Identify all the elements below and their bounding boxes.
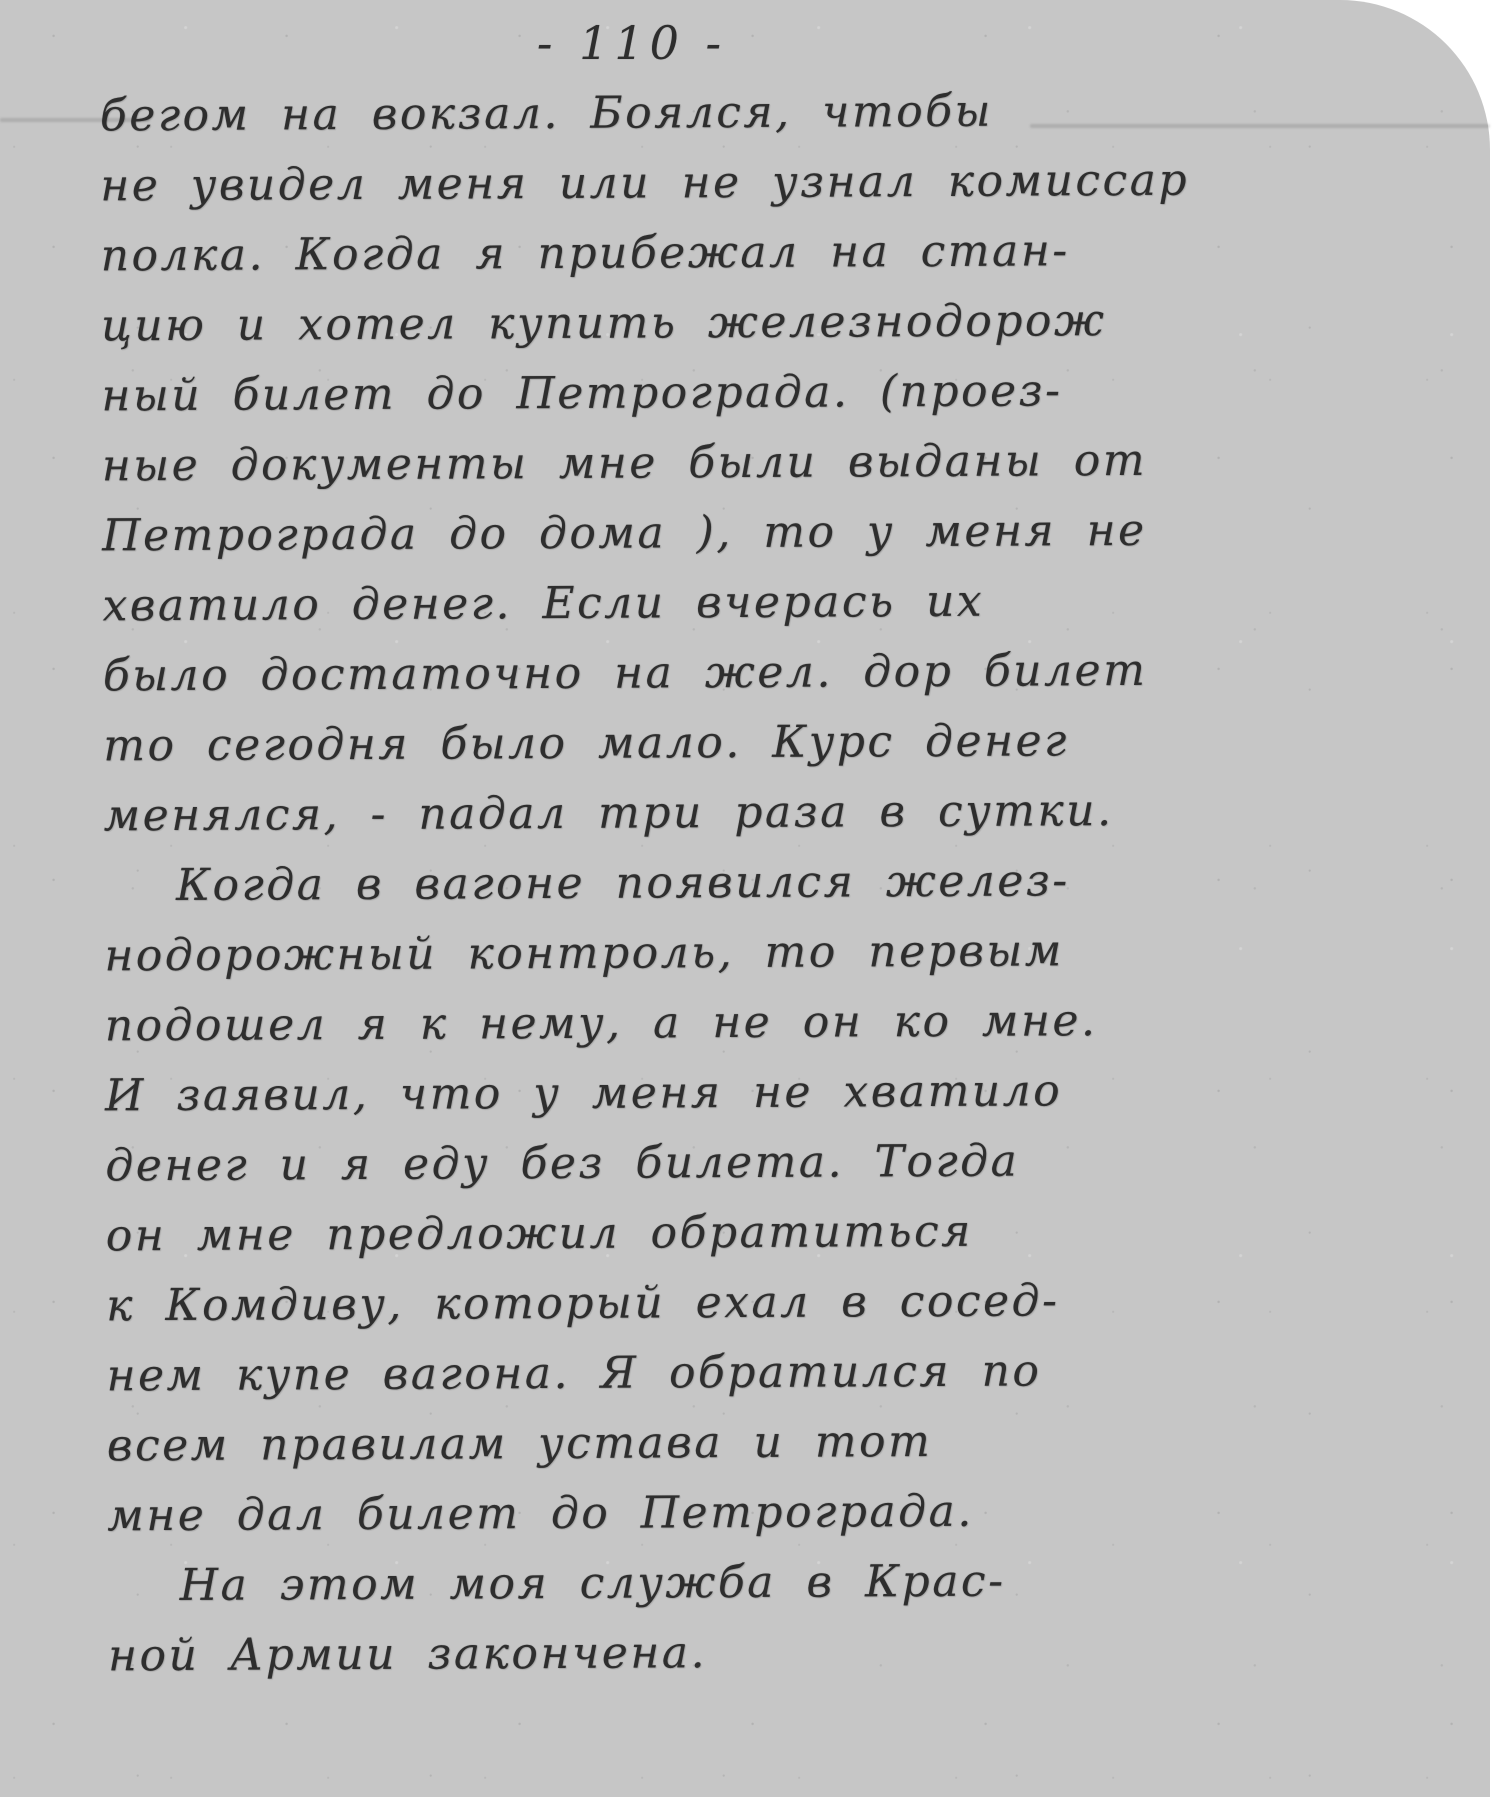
- manuscript-line: ной Армии закончена.: [108, 1614, 1464, 1691]
- manuscript-line: нем купе вагона. Я обратился по: [106, 1334, 1462, 1411]
- manuscript-line: бегом на вокзал. Боялся, чтобы: [100, 74, 1456, 151]
- manuscript-line: мне дал билет до Петрограда.: [107, 1474, 1463, 1551]
- manuscript-line: всем правилам устава и тот: [107, 1404, 1463, 1481]
- manuscript-line: то сегодня было мало. Курс денег: [103, 704, 1459, 781]
- manuscript-line: к Комдиву, который ехал в сосед-: [106, 1264, 1462, 1341]
- manuscript-line: Петрограда до дома ), то у меня не: [102, 494, 1458, 571]
- manuscript-line: не увидел меня или не узнал комиссар: [100, 144, 1456, 221]
- manuscript-line: ные документы мне были выданы от: [102, 424, 1458, 501]
- manuscript-line: он мне предложил обратиться: [106, 1194, 1462, 1271]
- manuscript-line: менялся, - падал три раза в сутки.: [103, 774, 1459, 851]
- manuscript-text: бегом на вокзал. Боялся, чтобыне увидел …: [0, 74, 1494, 1692]
- manuscript-line: Когда в вагоне появился желез-: [104, 844, 1460, 921]
- manuscript-line: На этом моя служба в Крас-: [107, 1544, 1463, 1621]
- paper-sheet: - 110 - бегом на вокзал. Боялся, чтобыне…: [0, 0, 1490, 1797]
- manuscript-line: было достаточно на жел. дор билет: [103, 634, 1459, 711]
- manuscript-line: полка. Когда я прибежал на стан-: [101, 214, 1457, 291]
- manuscript-line: денег и я еду без билета. Тогда: [105, 1124, 1461, 1201]
- manuscript-line: ный билет до Петрограда. (проез-: [101, 354, 1457, 431]
- manuscript-line: цию и хотел купить железнодорож: [101, 284, 1457, 361]
- manuscript-line: хватило денег. Если вчерась их: [102, 564, 1458, 641]
- page-number: - 110 -: [0, 16, 1379, 70]
- manuscript-line: нодорожный контроль, то первым: [104, 914, 1460, 991]
- scanned-page: - 110 - бегом на вокзал. Боялся, чтобыне…: [0, 0, 1494, 1797]
- manuscript-line: подошел я к нему, а не он ко мне.: [105, 984, 1461, 1061]
- manuscript-line: И заявил, что у меня не хватило: [105, 1054, 1461, 1131]
